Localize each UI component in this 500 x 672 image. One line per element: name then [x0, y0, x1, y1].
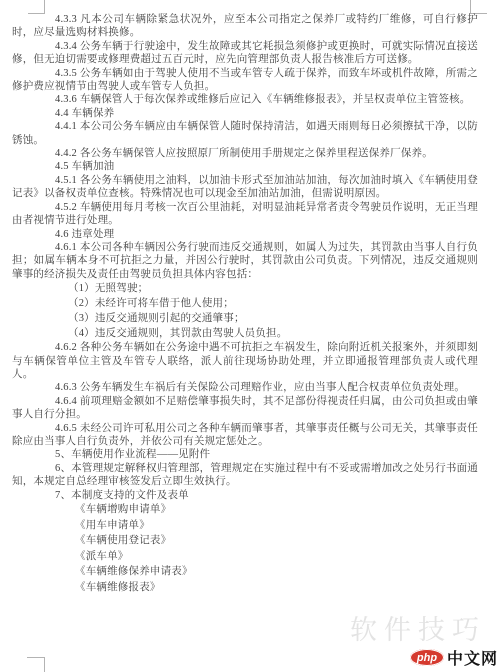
paragraph: （1）无照驾驶；	[68, 281, 478, 296]
crop-mark-top-right-vertical	[470, 0, 471, 14]
paragraph: 《车辆维修报表》	[75, 580, 478, 596]
php-logo-icon: php	[410, 649, 444, 666]
paragraph: 4.6.4 前项理赔金额如不足赔偿肇事损失时，其不足部份得视责任归属，由公司负担…	[12, 395, 478, 422]
watermark-text: 软件技巧	[350, 608, 486, 647]
paragraph: （2）未经许可将车借于他人使用；	[68, 296, 478, 311]
paragraph: 《用车申请单》	[75, 518, 478, 534]
paragraph: 4.5.1 各公务车辆使用之油料，以加油卡形式至加油站加油，每次加油时填入《车辆…	[12, 174, 478, 201]
paragraph: 4.4.1 本公司公务车辆应由车辆保管人随时保持清洁，如遇天雨则每日必须擦拭干净…	[12, 120, 478, 147]
site-logo-text: 中文网	[447, 646, 498, 669]
paragraph: 7、本制度支持的文件及表单	[12, 489, 478, 502]
site-logo: php 中文网	[410, 646, 498, 669]
paragraph: 6、本管理规定解释权归管理部，管理规定在实施过程中有不妥或需增加改之处另行书面通…	[12, 462, 478, 489]
paragraph: 4.5.2 车辆使用每月考核一次百公里油耗，对明显油耗异常者责令驾驶员作说明，无…	[12, 201, 478, 228]
crop-mark-bottom-left-horizontal	[27, 657, 44, 658]
paragraph: 《车辆增购申请单》	[75, 502, 478, 518]
paragraph: 4.3.3 凡本公司车辆除紧急状况外，应至本公司指定之保养厂或特约厂维修，可自行…	[12, 13, 478, 40]
paragraph: 4.6.5 未经公司许可私用公司之各种车辆而肇事者，其肇事责任概与公司无关，其肇…	[12, 422, 478, 449]
paragraph: 4.3.6 车辆保管人于每次保养或维修后应记入《车辆维修报表》，并呈权责单位主管…	[12, 93, 478, 106]
paragraph: 4.3.5 公务车辆如由于驾驶人使用不当或车管专人疏于保养，而致车坏或机件故障，…	[12, 67, 478, 94]
paragraph: 4.4.2 各公务车辆保管人应按照原厂所制使用手册规定之保养里程送保养厂保养。	[12, 147, 478, 160]
paragraph: 4.3.4 公务车辆于行驶途中，发生故障或其它耗损急须修护或更换时，可就实际情况…	[12, 40, 478, 67]
paragraph: 4.4 车辆保养	[12, 107, 478, 120]
crop-mark-top-left-vertical	[44, 0, 45, 14]
paragraph: （4）违反交通规则，其罚款由驾驶人员负担。	[68, 326, 478, 341]
paragraph: （3）违反交通规则引起的交通肇事；	[68, 311, 478, 326]
paragraph: 《派车单》	[75, 549, 478, 565]
paragraph: 《车辆使用登记表》	[75, 533, 478, 549]
paragraph: 5、车辆使用作业流程——见附件	[12, 448, 478, 461]
document-body: 4.3.3 凡本公司车辆除紧急状况外，应至本公司指定之保养厂或特约厂维修，可自行…	[12, 13, 478, 595]
paragraph: 4.6.2 各种公务车辆如在公务途中遇不可抗拒之车祸发生，除向附近机关报案外，并…	[12, 341, 478, 381]
crop-mark-bottom-left-vertical	[44, 657, 45, 672]
paragraph: 4.6 违章处理	[12, 228, 478, 241]
paragraph: 4.5 车辆加油	[12, 160, 478, 173]
paragraph: 《车辆维修保养申请表》	[75, 564, 478, 580]
paragraph: 4.6.1 本公司各种车辆因公务行驶而违反交通规则，如属人为过失，其罚款由当事人…	[12, 241, 478, 281]
paragraph: 4.6.3 公务车辆发生车祸后有关保险公司理赔作业，应由当事人配合权责单位负责处…	[12, 381, 478, 394]
